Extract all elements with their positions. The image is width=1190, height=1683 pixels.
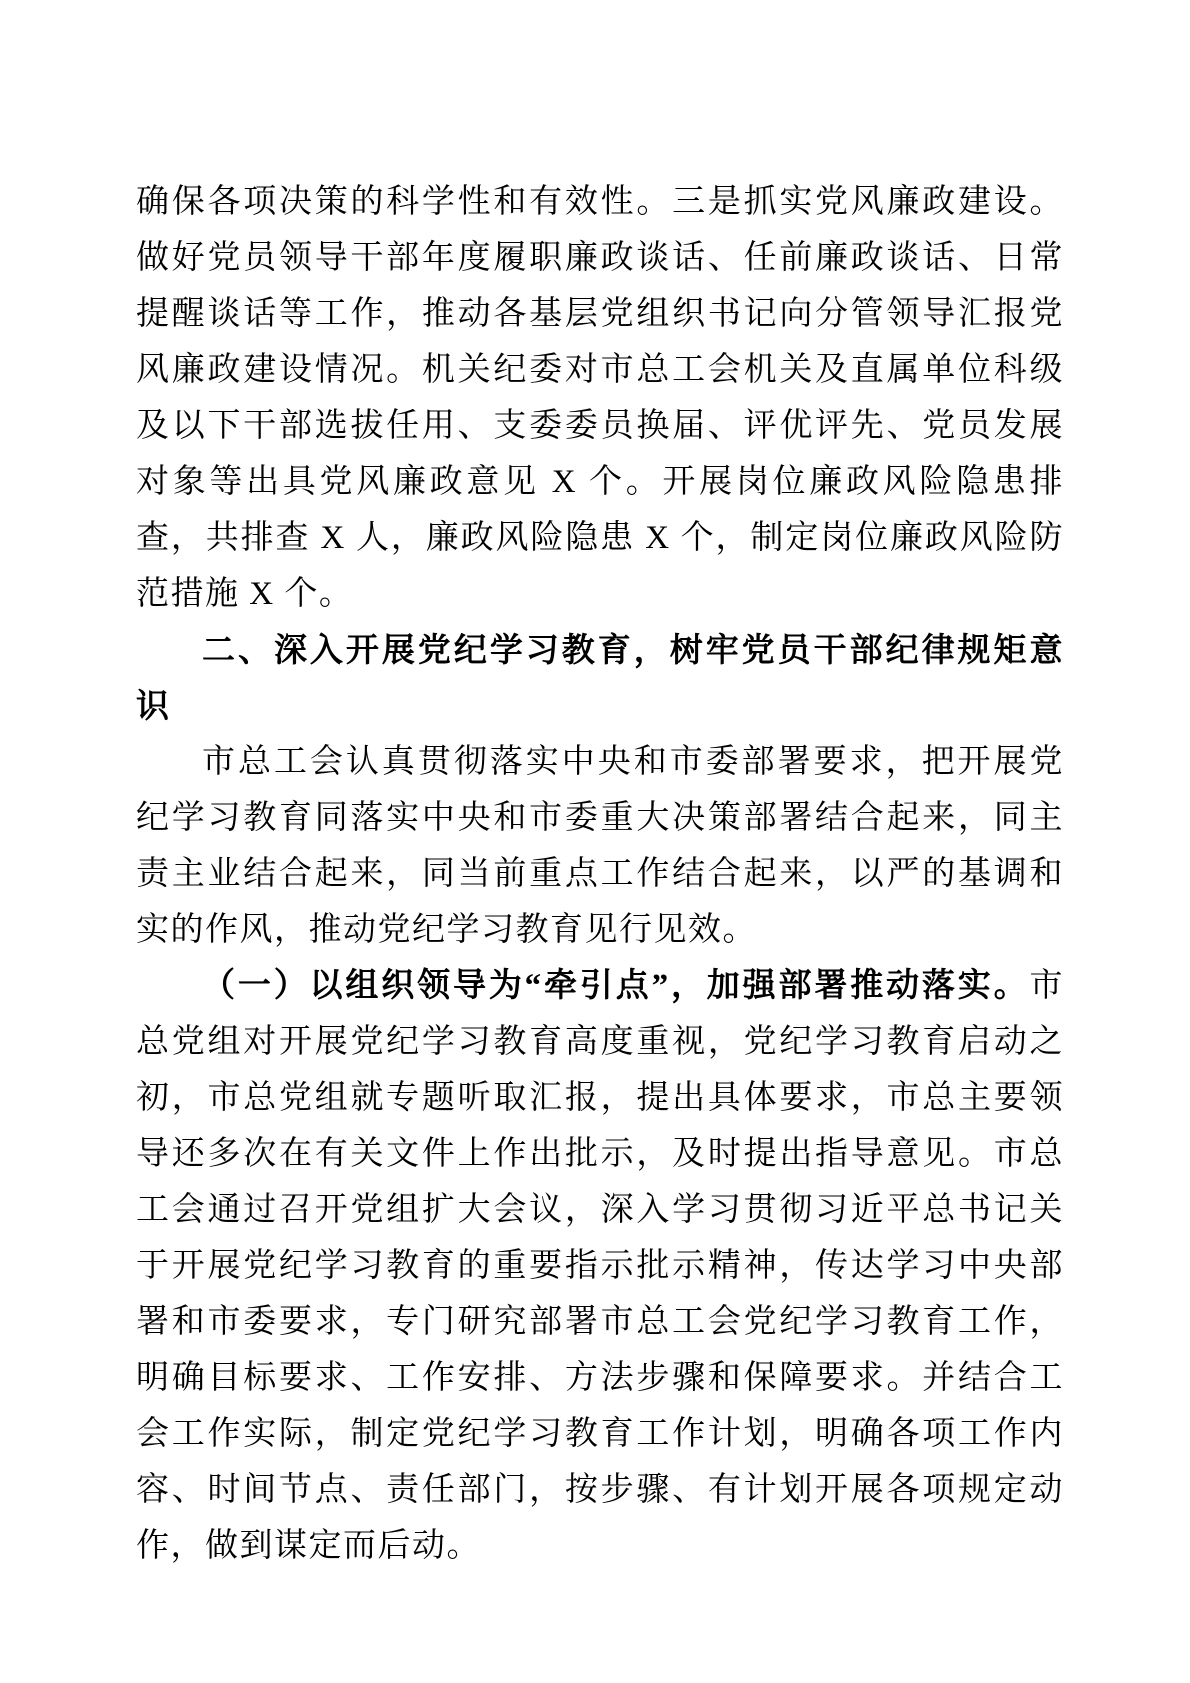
subsection-lead: （一）以组织领导为“牵引点”，加强部署推动落实。 [202, 968, 1030, 1004]
subsection-body: 市总党组对开展党纪学习教育高度重视，党纪学习教育启动之初，市总党组就专题听取汇报… [136, 968, 1064, 1564]
page-content: 确保各项决策的科学性和有效性。三是抓实党风廉政建设。做好党员领导干部年度履职廉政… [136, 174, 1064, 1574]
document-page: 确保各项决策的科学性和有效性。三是抓实党风廉政建设。做好党员领导干部年度履职廉政… [0, 0, 1190, 1683]
paragraph-subsection: （一）以组织领导为“牵引点”，加强部署推动落实。市总党组对开展党纪学习教育高度重… [136, 958, 1064, 1574]
paragraph-overview: 市总工会认真贯彻落实中央和市委部署要求，把开展党纪学习教育同落实中央和市委重大决… [136, 734, 1064, 958]
section-heading: 二、深入开展党纪学习教育，树牢党员干部纪律规矩意识 [136, 622, 1064, 734]
paragraph-continuation: 确保各项决策的科学性和有效性。三是抓实党风廉政建设。做好党员领导干部年度履职廉政… [136, 174, 1064, 622]
